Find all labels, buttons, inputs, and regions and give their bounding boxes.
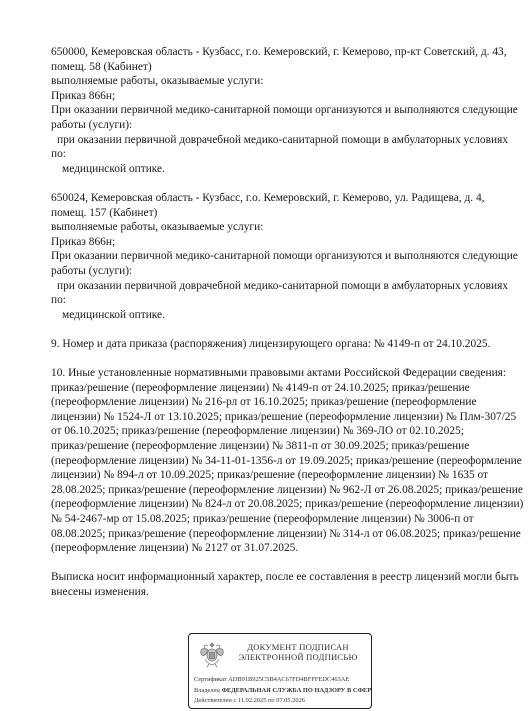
- section-10-line: (переоформление лицензии) № 2127 от 31.0…: [51, 541, 511, 556]
- address-line-cont: помещ. 157 (Кабинет): [51, 206, 511, 221]
- intro-text: При оказании первичной медико-санитарной…: [51, 103, 511, 118]
- address-line: 650024, Кемеровская область - Кузбасс, г…: [51, 191, 511, 206]
- section-10-line: лицензии) № 1524-Л от 13.10.2025; приказ…: [51, 410, 511, 425]
- service-item: медицинской оптике.: [51, 308, 511, 323]
- disclaimer-line-2: внесены изменения.: [51, 585, 511, 600]
- sub-text-cont: по:: [51, 147, 511, 162]
- section-10-line: (переоформление лицензии) № 216-рл от 16…: [51, 395, 511, 410]
- validity-text: Действителен с 11.02.2025 по 07.05.2026: [194, 697, 305, 704]
- section-10-line: № 54-2467-мр от 15.08.2025; приказ/решен…: [51, 512, 511, 527]
- intro-text-cont: работы (услуги):: [51, 118, 511, 133]
- section-10-line: лицензии) № 894-л от 10.09.2025; приказ/…: [51, 468, 511, 483]
- russian-coat-of-arms-icon: [197, 640, 227, 670]
- validity-row: Действителен с 11.02.2025 по 07.05.2026: [194, 696, 372, 707]
- works-label: выполняемые работы, оказываемые услуги:: [51, 74, 511, 89]
- section-9: 9. Номер и дата приказа (распоряжения) л…: [51, 337, 511, 352]
- document-page: 650000, Кемеровская область - Кузбасс, г…: [51, 45, 511, 600]
- section-10-line: (переоформление лицензии) № 824-л от 20.…: [51, 497, 511, 512]
- address-line: 650000, Кемеровская область - Кузбасс, г…: [51, 45, 511, 60]
- sub-text: при оказании первичной доврачебной медик…: [51, 133, 511, 148]
- owner-row: Владелец ФЕДЕРАЛЬНАЯ СЛУЖБА ПО НАДЗОРУ В…: [194, 686, 372, 697]
- disclaimer: Выписка носит информационный характер, п…: [51, 570, 511, 599]
- certificate-row: Сертификат ADB91B925C5B4AC67FD4BFFFEDC46…: [194, 675, 372, 686]
- electronic-signature-stamp: ДОКУМЕНТ ПОДПИСАН ЭЛЕКТРОННОЙ ПОДПИСЬЮ С…: [188, 633, 372, 709]
- section-10-line: (переоформление лицензии) № 34-11-01-135…: [51, 454, 511, 469]
- section-10-line: приказ/решение (переоформление лицензии)…: [51, 439, 511, 454]
- section-10: 10. Иные установленные нормативными прав…: [51, 366, 511, 556]
- section-10-line: от 06.10.2025; приказ/решение (переоформ…: [51, 424, 511, 439]
- service-item: медицинской оптике.: [51, 162, 511, 177]
- address-block-2: 650024, Кемеровская область - Кузбасс, г…: [51, 191, 511, 322]
- stamp-title: ДОКУМЕНТ ПОДПИСАН ЭЛЕКТРОННОЙ ПОДПИСЬЮ: [233, 642, 363, 662]
- intro-text-cont: работы (услуги):: [51, 264, 511, 279]
- sub-text: при оказании первичной доврачебной медик…: [51, 279, 511, 294]
- certificate-label: Сертификат: [194, 676, 227, 683]
- section-10-line: 08.08.2025; приказ/решение (переоформлен…: [51, 527, 511, 542]
- section-10-line: 28.08.2025; приказ/решение (переоформлен…: [51, 483, 511, 498]
- owner-value: ФЕДЕРАЛЬНАЯ СЛУЖБА ПО НАДЗОРУ В СФЕРЕ ЗД…: [221, 687, 372, 694]
- section-10-line: 10. Иные установленные нормативными прав…: [51, 366, 511, 381]
- works-label: выполняемые работы, оказываемые услуги:: [51, 220, 511, 235]
- stamp-title-line-2: ЭЛЕКТРОННОЙ ПОДПИСЬЮ: [233, 652, 363, 662]
- sub-text-cont: по:: [51, 293, 511, 308]
- order-label: Приказ 866н;: [51, 89, 511, 104]
- owner-label: Владелец: [194, 687, 220, 694]
- disclaimer-line-1: Выписка носит информационный характер, п…: [51, 570, 511, 585]
- order-label: Приказ 866н;: [51, 235, 511, 250]
- address-line-cont: помещ. 58 (Кабинет): [51, 60, 511, 75]
- section-10-line: приказ/решение (переоформление лицензии)…: [51, 381, 511, 396]
- license-order-number: 9. Номер и дата приказа (распоряжения) л…: [51, 337, 511, 352]
- stamp-info: Сертификат ADB91B925C5B4AC67FD4BFFFEDC46…: [194, 675, 372, 707]
- certificate-value: ADB91B925C5B4AC67FD4BFFFEDC463AE: [228, 676, 349, 683]
- intro-text: При оказании первичной медико-санитарной…: [51, 249, 511, 264]
- stamp-title-line-1: ДОКУМЕНТ ПОДПИСАН: [233, 642, 363, 652]
- address-block-1: 650000, Кемеровская область - Кузбасс, г…: [51, 45, 511, 176]
